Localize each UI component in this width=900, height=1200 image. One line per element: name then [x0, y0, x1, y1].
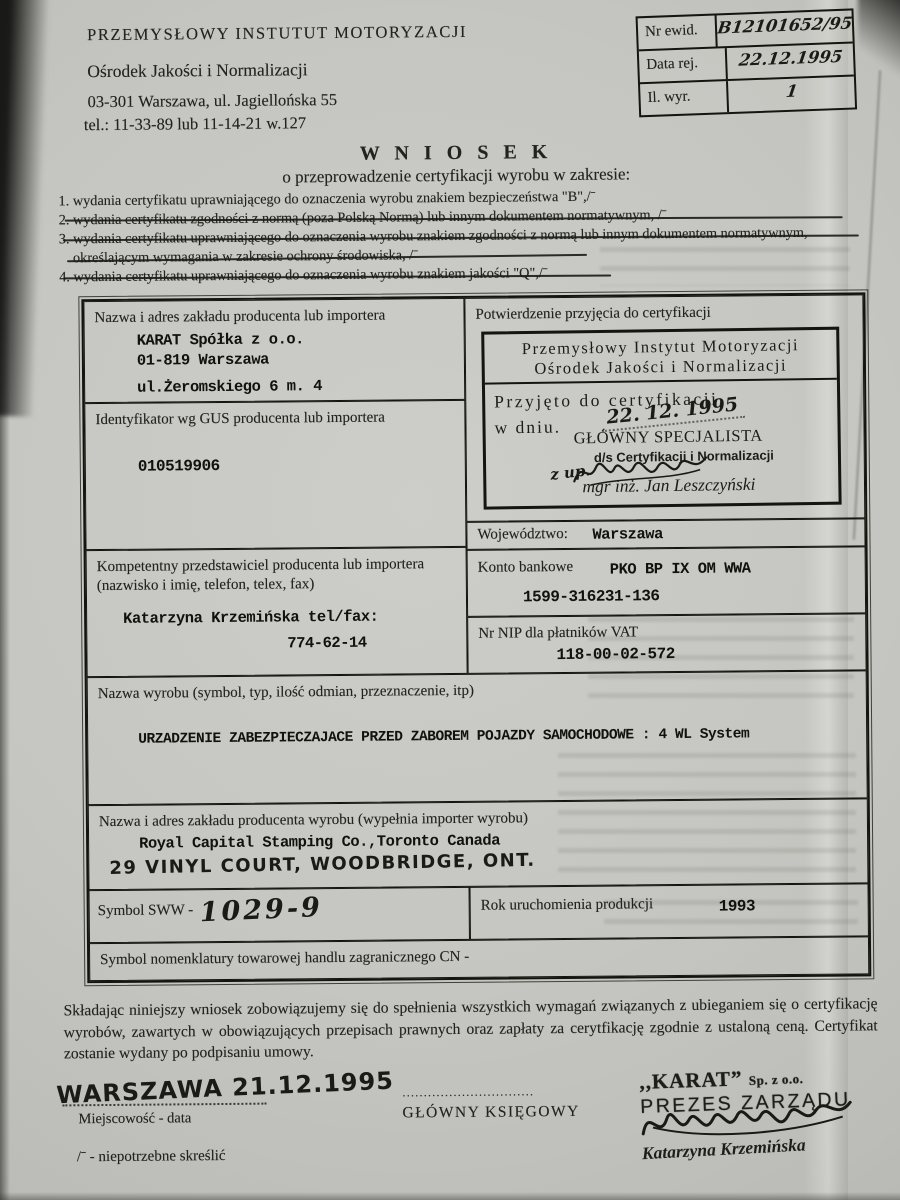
institute-name: PRZEMYSŁOWY INSTUTUT MOTORYZACJI	[87, 22, 467, 45]
representative-name-typed: Katarzyna Krzemińska tel/fax:	[123, 607, 466, 628]
sww-value-handwritten: 1029-9	[199, 892, 323, 928]
sww-label: Symbol SWW -	[98, 902, 194, 920]
production-year-typed: 1993	[719, 897, 756, 915]
stamp-date-label: w dniu.	[494, 417, 561, 439]
production-year-label: Rok uruchomienia produkcji	[481, 896, 654, 915]
accountant-signature-line: ...............................	[402, 1083, 534, 1100]
maker-address-label: Nazwa i adres zakładu producenta wyrobu …	[89, 799, 867, 832]
producer-street-typed: ul.Żeromskiego 6 m. 4	[137, 375, 464, 398]
stamp-specialist-name: mgr inż. Jan Leszczyński	[582, 474, 755, 497]
bank-label: Konto bankowe	[478, 559, 574, 577]
registry-table: Nr ewid. B12101652/95 Data rej. 22.12.19…	[636, 8, 858, 117]
registry-value-handwritten: 1	[726, 76, 856, 112]
registry-label: Data rej.	[639, 48, 728, 82]
institute-address: 03-301 Warszawa, ul. Jagiellońska 55	[88, 90, 338, 112]
voivodeship-label: Województwo:	[477, 526, 568, 544]
nip-label: Nr NIP dla płatników VAT	[468, 614, 865, 643]
product-name-cell: Nazwa wyrobu (symbol, typ, ilość odmian,…	[87, 670, 868, 805]
registry-value-handwritten: 22.12.1995	[725, 43, 855, 79]
confirmation-label: Potwierdzenie przyjęcia do certyfikacji	[465, 295, 862, 324]
producer-address-label: Nazwa i adres zakładu producenta lub imp…	[84, 299, 463, 328]
voivodeship-value-typed: Warszawa	[592, 525, 663, 544]
gus-identifier-label: Identyfikator wg GUS producenta lub impo…	[85, 401, 464, 430]
registry-row: Il. wyr. 1	[640, 76, 855, 115]
representative-phone-typed: 774-62-14	[287, 633, 466, 653]
footnote-cross-out-note: /ˉ - niepotrzebne skreślić	[77, 1148, 226, 1166]
registry-label: Il. wyr.	[640, 81, 729, 115]
gus-identifier-value-typed: 010519906	[138, 455, 465, 476]
accountant-label: GŁÓWNY KSIĘGOWY	[402, 1103, 579, 1123]
producer-postcode-typed: 01-819 Warszawa	[137, 348, 464, 371]
company-stamp: ,,KARAT” Sp. z o.o. PREZES ZARZĄDU Katar…	[639, 1060, 900, 1161]
registry-label: Nr ewid.	[638, 15, 718, 49]
representative-label-detail: (nazwisko i imię, telefon, telex, fax)	[87, 574, 466, 596]
institute-department: Ośrodek Jakości i Normalizacji	[87, 59, 307, 82]
registry-value-handwritten: B12101652/95	[715, 10, 854, 46]
nip-value-typed: 118-00-02-572	[556, 643, 865, 664]
bank-account-typed: 1599-316231-136	[523, 587, 660, 606]
stamp-department-line: Ośrodek Jakości i Normalizacji	[485, 355, 837, 385]
bank-name-typed: PKO BP IX OM WWA	[610, 559, 751, 578]
sww-symbol-cell: Symbol SWW - 1029-9	[89, 887, 470, 943]
institute-phone: tel.: 11-33-89 lub 11-14-21 w.127	[84, 113, 306, 135]
product-name-label: Nazwa wyrobu (symbol, typ, ilość odmian,…	[88, 671, 866, 704]
acceptance-stamp: Przemysłowy Instytut Motoryzacji Ośrodek…	[481, 327, 841, 510]
company-name: ,,KARAT”	[639, 1066, 743, 1094]
representative-cell: Kompetentny przedstawiciel producenta lu…	[86, 547, 468, 677]
company-suffix: Sp. z o.o.	[749, 1071, 804, 1088]
confirmation-cell: Potwierdzenie przyjęcia do certyfikacji …	[464, 294, 865, 521]
stamp-specialist-title: GŁÓWNY SPECJALISTA	[574, 426, 763, 449]
scanned-application-form: PRZEMYSŁOWY INSTUTUT MOTORYZACJI Ośrodek…	[0, 0, 900, 1200]
producer-address-cell: Nazwa i adres zakładu producenta lub imp…	[83, 298, 465, 403]
product-name-typed: URZADZENIE ZABEZPIECZAJACE PRZED ZABOREM…	[138, 725, 866, 747]
voivodeship-cell: Województwo: Warszawa	[466, 518, 865, 549]
place-date-label: Miejscowość - data	[78, 1110, 191, 1128]
maker-address-cell: Nazwa i adres zakładu producenta wyrobu …	[88, 798, 869, 890]
production-year-cell: Rok uruchomienia produkcji 1993	[470, 883, 869, 939]
nip-cell: Nr NIP dla płatników VAT 118-00-02-572	[467, 613, 866, 673]
certification-scope-list: 1. wydania certyfikatu uprawniającego do…	[58, 185, 871, 287]
gus-identifier-cell: Identyfikator wg GUS producenta lub impo…	[84, 400, 466, 550]
producer-name-typed: KARAT Spółka z o.o.	[137, 328, 464, 351]
representative-label: Kompetentny przedstawiciel producenta lu…	[87, 548, 466, 577]
bank-account-cell: Konto bankowe PKO BP IX OM WWA 1599-3162…	[467, 546, 867, 616]
cn-symbol-cell: Symbol nomenklatury towarowej handlu zag…	[89, 936, 869, 981]
declaration-paragraph: Składając niniejszy wniosek zobowiązujem…	[63, 993, 878, 1065]
application-form-table: Nazwa i adres zakładu producenta lub imp…	[81, 292, 871, 983]
cn-symbol-label: Symbol nomenklatury towarowej handlu zag…	[90, 937, 868, 970]
